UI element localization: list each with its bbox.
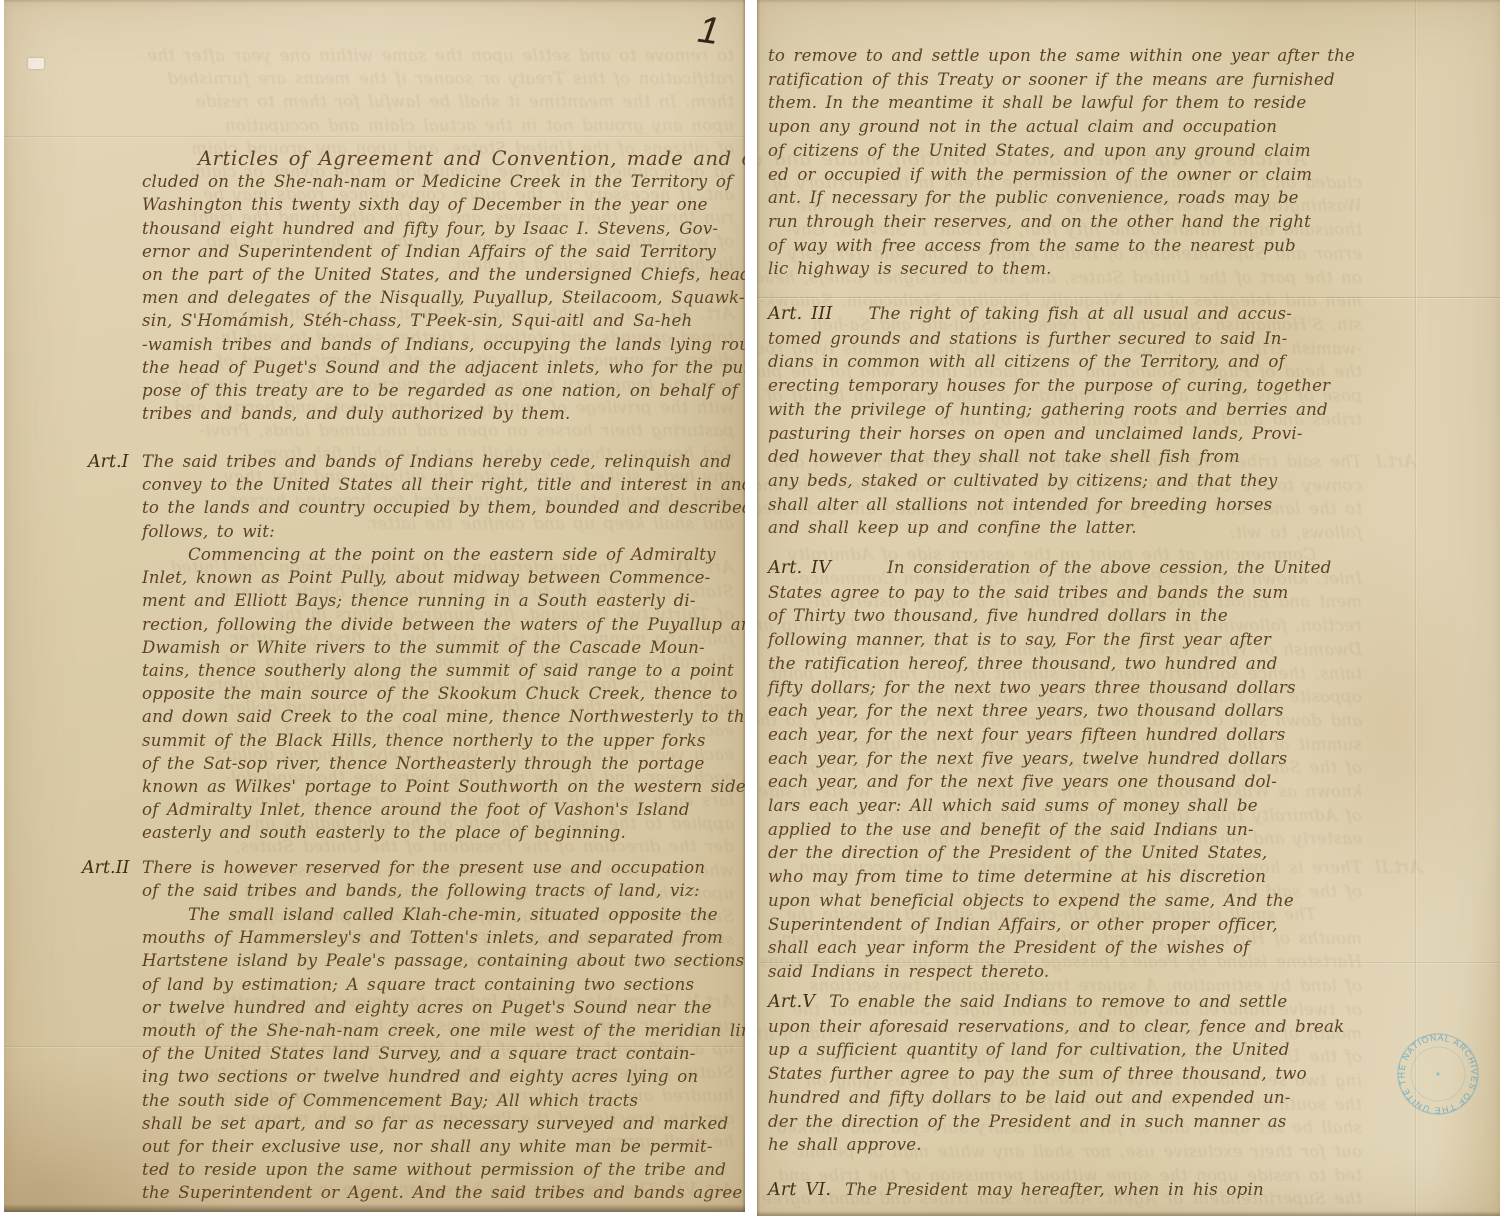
handwritten-line: lic highway is secured to them. bbox=[768, 257, 1355, 281]
handwritten-line: said Indians in respect thereto. bbox=[768, 960, 1331, 984]
handwritten-line: opposite the main source of the Skookum … bbox=[142, 682, 745, 705]
handwritten-line: Art. IIIThe right of taking fish at all … bbox=[768, 302, 1330, 327]
handwritten-line: ing two sections or twelve hundred and e… bbox=[142, 1065, 745, 1088]
handwritten-line: cluded on the She-nah-nam or Medicine Cr… bbox=[142, 170, 745, 193]
handwritten-line: hundred and fifty dollars to be laid out… bbox=[768, 1086, 1344, 1110]
handwritten-line: summit of the Black Hills, thence northe… bbox=[142, 729, 745, 752]
handwritten-line: shall each year inform the President of … bbox=[768, 936, 1331, 960]
article-label: Art.V bbox=[768, 992, 815, 1012]
treaty-page-2: Articles of Agreement and Convention, ma… bbox=[757, 0, 1500, 1216]
page-edge-shadow bbox=[757, 0, 760, 1216]
handwritten-line: or twelve hundred and eighty acres on Pu… bbox=[142, 996, 745, 1019]
handwritten-line: ratification of this Treaty or sooner if… bbox=[147, 67, 734, 90]
boundary-description-paragraph: Commencing at the point on the eastern s… bbox=[142, 543, 745, 845]
handwritten-line: follows, to wit: bbox=[142, 520, 745, 543]
page-edge-shadow bbox=[4, 1204, 745, 1212]
handwritten-line: The small island called Klah-che-min, si… bbox=[142, 903, 745, 926]
page-edge-shadow bbox=[757, 0, 1500, 3]
handwritten-line: thousand eight hundred and fifty four, b… bbox=[142, 217, 745, 240]
handwritten-line: ment and Elliott Bays; thence running in… bbox=[142, 589, 745, 612]
handwritten-line: upon any ground not in the actual claim … bbox=[768, 115, 1355, 139]
handwritten-line: ant. If necessary for the public conveni… bbox=[768, 186, 1355, 210]
handwritten-line: each year, and for the next five years o… bbox=[768, 770, 1331, 794]
article-3-paragraph: Art. IIIThe right of taking fish at all … bbox=[768, 302, 1330, 540]
handwritten-line: dians in common with all citizens of the… bbox=[768, 350, 1330, 374]
fold-crease bbox=[4, 136, 745, 137]
handwritten-line: lars each year: All which said sums of m… bbox=[768, 794, 1331, 818]
handwritten-line: Hartstene island by Peale's passage, con… bbox=[142, 949, 745, 972]
national-archives-stamp: THE NATIONAL ARCHIVES OF THE UNITED STAT… bbox=[1380, 1016, 1496, 1132]
handwritten-line: shall alter all stallions not intended f… bbox=[768, 493, 1330, 517]
svg-text:THE NATIONAL ARCHIVES OF THE U: THE NATIONAL ARCHIVES OF THE UNITED STAT… bbox=[1380, 1016, 1490, 1129]
handwritten-line: applied to the use and benefit of the sa… bbox=[768, 818, 1331, 842]
article-2-text: There is however reserved for the presen… bbox=[142, 856, 705, 902]
handwritten-line: There is however reserved for the presen… bbox=[142, 856, 705, 879]
opening-paragraph: Articles of Agreement and Convention, ma… bbox=[142, 147, 745, 425]
handwritten-line: each year, for the next five years, twel… bbox=[768, 747, 1331, 771]
stamp-text: THE NATIONAL ARCHIVES OF THE UNITED STAT… bbox=[1380, 1016, 1490, 1129]
article-6-paragraph: Art VI.The President may hereafter, when… bbox=[768, 1178, 1264, 1203]
handwritten-line: easterly and south easterly to the place… bbox=[142, 821, 745, 844]
article-4-paragraph: Art. IVIn consideration of the above ces… bbox=[768, 556, 1331, 984]
handwritten-line: Art. IVIn consideration of the above ces… bbox=[768, 556, 1331, 581]
handwritten-line: tomed grounds and stations is further se… bbox=[768, 327, 1330, 351]
article-label: Art. IV bbox=[768, 558, 831, 578]
handwritten-line: each year, for the next three years, two… bbox=[768, 699, 1331, 723]
paper-damage-spot bbox=[28, 58, 44, 69]
handwritten-line: rection, following the divide between th… bbox=[142, 613, 745, 636]
handwritten-line: ernor and Superintendent of Indian Affai… bbox=[142, 240, 745, 263]
handwritten-line: der the direction of the President and i… bbox=[768, 1110, 1344, 1134]
handwritten-line: them. In the meantime it shall be lawful… bbox=[768, 91, 1355, 115]
handwritten-line: Inlet, known as Point Pully, about midwa… bbox=[142, 566, 745, 589]
handwritten-line: der the direction of the President of th… bbox=[768, 841, 1331, 865]
handwritten-line: the south side of Commencement Bay; All … bbox=[142, 1089, 745, 1112]
handwritten-line: ratification of this Treaty or sooner if… bbox=[768, 68, 1355, 92]
handwritten-line: out for their exclusive use, nor shall a… bbox=[142, 1135, 745, 1158]
handwritten-line: to remove to and settle upon the same wi… bbox=[768, 44, 1355, 68]
handwritten-line: Art VI.The President may hereafter, when… bbox=[768, 1178, 1264, 1203]
page-edge-shadow bbox=[4, 0, 745, 3]
handwritten-line: Art.VTo enable the said Indians to remov… bbox=[768, 990, 1344, 1015]
handwritten-line: any beds, staked or cultivated by citize… bbox=[768, 469, 1330, 493]
article-2-label: Art.II bbox=[82, 858, 129, 878]
handwritten-line: following manner, that is to say, For th… bbox=[768, 628, 1331, 652]
article-1-text: The said tribes and bands of Indians her… bbox=[142, 450, 745, 543]
handwritten-line: upon any ground not in the actual claim … bbox=[147, 114, 734, 137]
document-scan: to remove to and settle upon the same wi… bbox=[0, 0, 1500, 1216]
handwritten-line: the ratification hereof, three thousand,… bbox=[768, 652, 1331, 676]
handwritten-line: States agree to pay to the said tribes a… bbox=[768, 581, 1331, 605]
handwritten-line: sin, S'Homámish, Stéh-chass, T'Peek-sin,… bbox=[142, 309, 745, 332]
handwritten-line: -wamish tribes and bands of Indians, occ… bbox=[142, 333, 745, 356]
handwritten-line: known as Wilkes' portage to Point Southw… bbox=[142, 775, 745, 798]
handwritten-line: of Admiralty Inlet, thence around the fo… bbox=[142, 798, 745, 821]
handwritten-line: pasturing their horses on open and uncla… bbox=[768, 422, 1330, 446]
handwritten-line: tribes and bands, and duly authorized by… bbox=[142, 402, 745, 425]
article-label: Art VI. bbox=[768, 1180, 831, 1200]
page-number: 1 bbox=[695, 9, 722, 55]
handwritten-line: each year, for the next four years fifte… bbox=[768, 723, 1331, 747]
handwritten-line: who may from time to time determine at h… bbox=[768, 865, 1331, 889]
handwritten-line: erecting temporary houses for the purpos… bbox=[768, 374, 1330, 398]
handwritten-line: of the Sat-sop river, thence Northeaster… bbox=[142, 752, 745, 775]
article-1-label: Art.I bbox=[88, 452, 129, 472]
handwritten-line: ted to reside upon the same without perm… bbox=[142, 1158, 745, 1181]
handwritten-line: Articles of Agreement and Convention, ma… bbox=[142, 147, 745, 170]
handwritten-line: on the part of the United States, and th… bbox=[142, 263, 745, 286]
handwritten-line: mouths of Hammersley's and Totten's inle… bbox=[142, 926, 745, 949]
treaty-page-1: to remove to and settle upon the same wi… bbox=[4, 0, 745, 1212]
handwritten-line: of the said tribes and bands, the follow… bbox=[142, 879, 705, 902]
handwritten-line: upon their aforesaid reservations, and t… bbox=[768, 1015, 1344, 1039]
handwritten-line: of the United States land Survey, and a … bbox=[142, 1042, 745, 1065]
page-edge-shadow bbox=[757, 1211, 1500, 1216]
handwritten-line: Dwamish or White rivers to the summit of… bbox=[142, 636, 745, 659]
handwritten-line: the Superintendent or Agent. And the sai… bbox=[142, 1181, 745, 1204]
handwritten-line: tains, thence southerly along the summit… bbox=[142, 659, 745, 682]
handwritten-line: Superintendent of Indian Affairs, or oth… bbox=[768, 913, 1331, 937]
reservation-description-paragraph: The small island called Klah-che-min, si… bbox=[142, 903, 745, 1205]
handwritten-line: ed or occupied if with the permission of… bbox=[768, 163, 1355, 187]
continuation-paragraph: to remove to and settle upon the same wi… bbox=[768, 44, 1355, 281]
handwritten-line: fifty dollars; for the next two years th… bbox=[768, 676, 1331, 700]
handwritten-line: ded however that they shall not take she… bbox=[768, 445, 1330, 469]
handwritten-line: to remove to and settle upon the same wi… bbox=[147, 44, 734, 67]
handwritten-line: he shall approve. bbox=[768, 1133, 1344, 1157]
handwritten-line: with the privilege of hunting; gathering… bbox=[768, 398, 1330, 422]
handwritten-line: men and delegates of the Nisqually, Puya… bbox=[142, 286, 745, 309]
handwritten-line: of land by estimation; A square tract co… bbox=[142, 973, 745, 996]
handwritten-line: convey to the United States all their ri… bbox=[142, 473, 745, 496]
handwritten-line: to the lands and country occupied by the… bbox=[142, 496, 745, 519]
handwritten-line: shall be set apart, and so far as necess… bbox=[142, 1112, 745, 1135]
handwritten-line: run through their reserves, and on the o… bbox=[768, 210, 1355, 234]
handwritten-line: of way with free access from the same to… bbox=[768, 234, 1355, 258]
handwritten-line: of citizens of the United States, and up… bbox=[768, 139, 1355, 163]
handwritten-line: and down said Creek to the coal mine, th… bbox=[142, 705, 745, 728]
fold-crease bbox=[757, 297, 1500, 298]
handwritten-line: Commencing at the point on the eastern s… bbox=[142, 543, 745, 566]
handwritten-line: Washington this twenty sixth day of Dece… bbox=[142, 193, 745, 216]
handwritten-line: mouth of the She-nah-nam creek, one mile… bbox=[142, 1019, 745, 1042]
handwritten-line: The said tribes and bands of Indians her… bbox=[142, 450, 745, 473]
handwritten-line: and shall keep up and confine the latter… bbox=[768, 516, 1330, 540]
handwritten-line: up a sufficient quantity of land for cul… bbox=[768, 1038, 1344, 1062]
handwritten-line: pose of this treaty are to be regarded a… bbox=[142, 379, 745, 402]
article-5-paragraph: Art.VTo enable the said Indians to remov… bbox=[768, 990, 1344, 1157]
handwritten-line: upon what beneficial objects to expend t… bbox=[768, 889, 1331, 913]
handwritten-line: States further agree to pay the sum of t… bbox=[768, 1062, 1344, 1086]
article-label: Art. III bbox=[768, 304, 833, 324]
handwritten-line: of Thirty two thousand, five hundred dol… bbox=[768, 604, 1331, 628]
handwritten-line: them. In the meantime it shall be lawful… bbox=[147, 90, 734, 113]
handwritten-line: the head of Puget's Sound and the adjace… bbox=[142, 356, 745, 379]
